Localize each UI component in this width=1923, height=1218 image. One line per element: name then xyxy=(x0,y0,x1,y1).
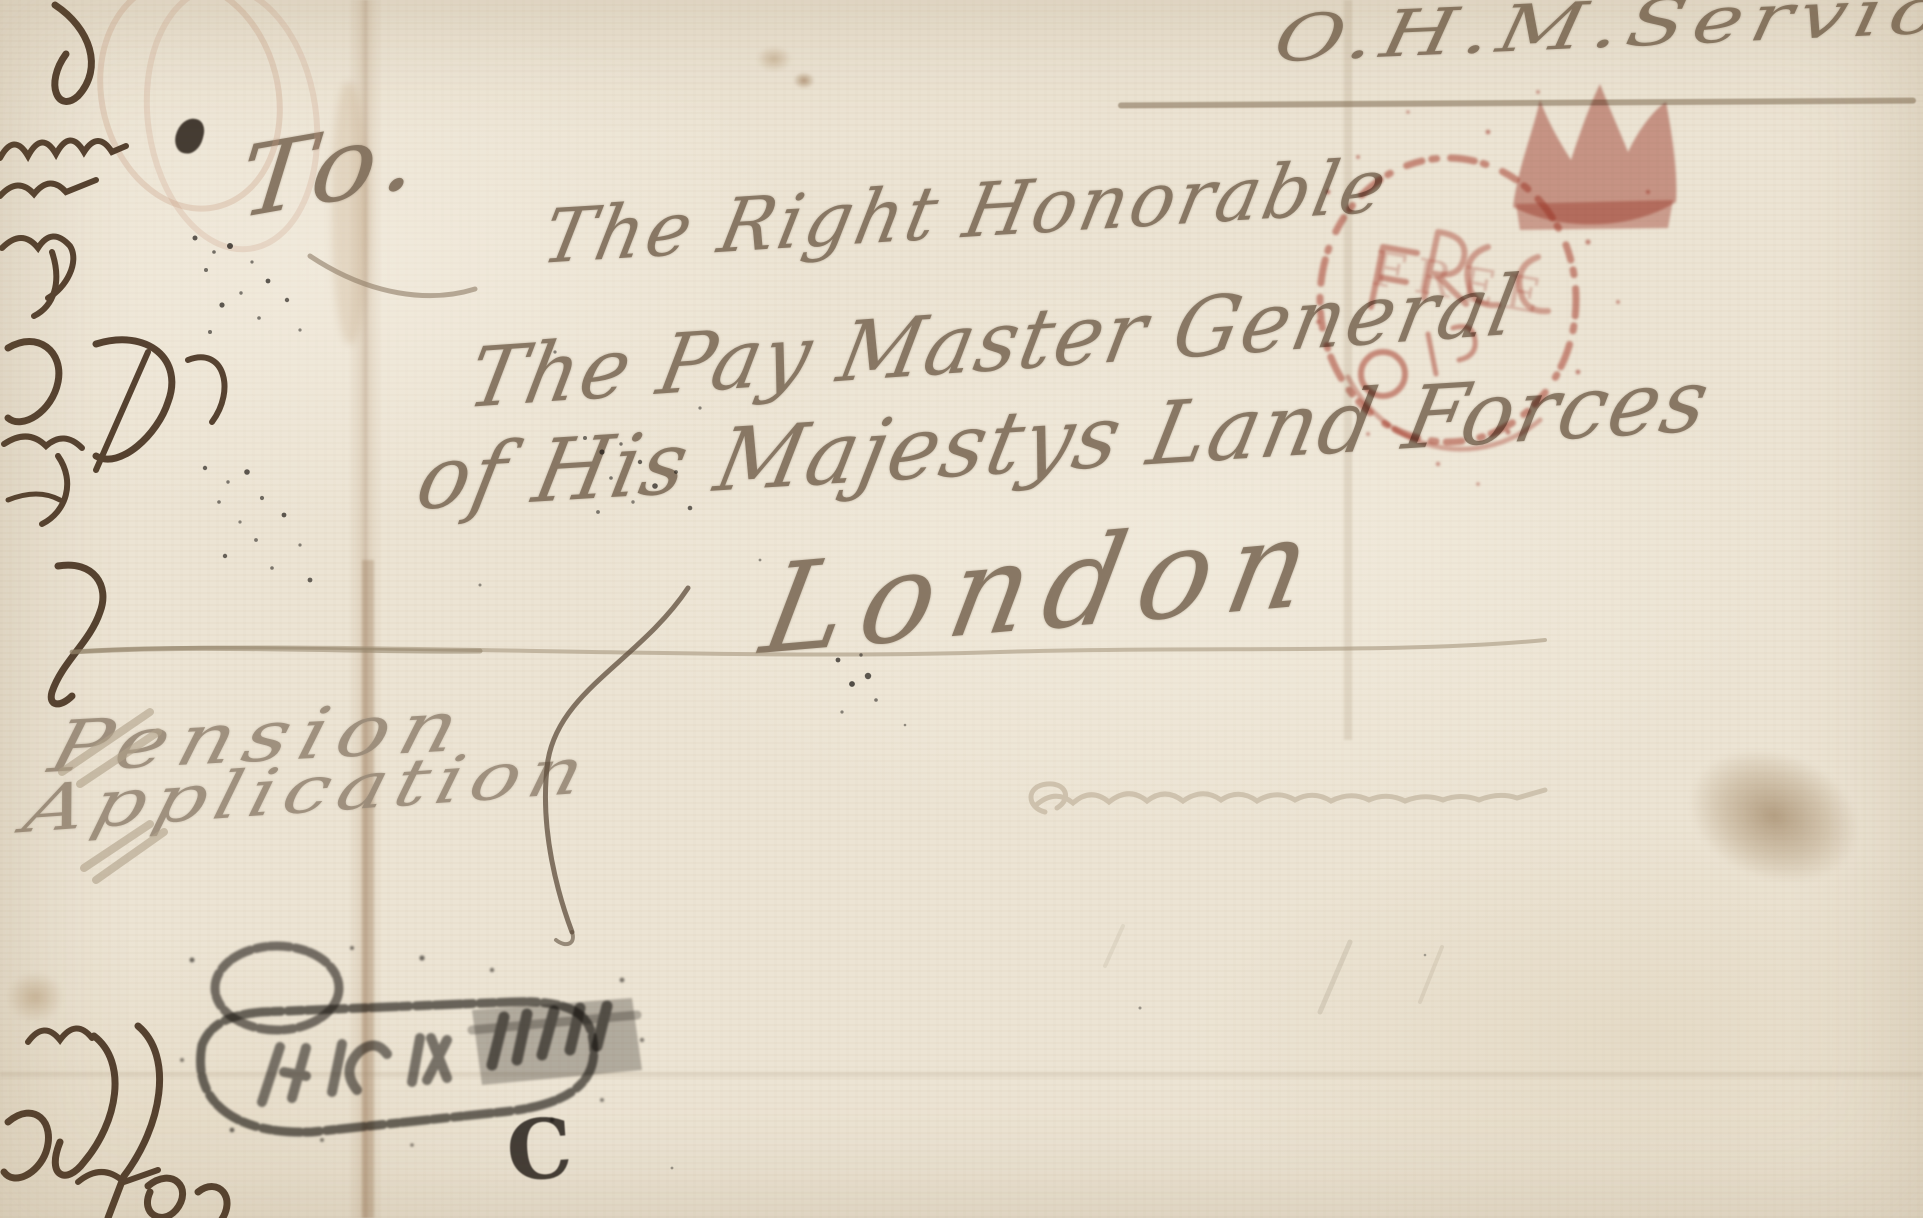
black-receiving-stamp xyxy=(172,940,672,1170)
letter-cover-scan: O.H.M.Service To. The Right Honorable Th… xyxy=(0,0,1923,1218)
faint-pencil-marks xyxy=(1105,926,1442,1012)
ghost-script-line xyxy=(1031,784,1545,812)
faded-pencil-loops xyxy=(77,0,334,260)
pale-diagonal-strokes xyxy=(62,712,164,880)
red-free-frank-stamp: FREE xyxy=(1288,72,1728,512)
stamp-smudged-letters xyxy=(262,1038,447,1102)
frank-free-text: FREE xyxy=(1368,241,1555,327)
long-pen-line xyxy=(72,640,1545,655)
flourish-curve xyxy=(545,588,688,944)
salutation-tail xyxy=(310,256,475,296)
frank-crown-icon xyxy=(1513,84,1676,230)
